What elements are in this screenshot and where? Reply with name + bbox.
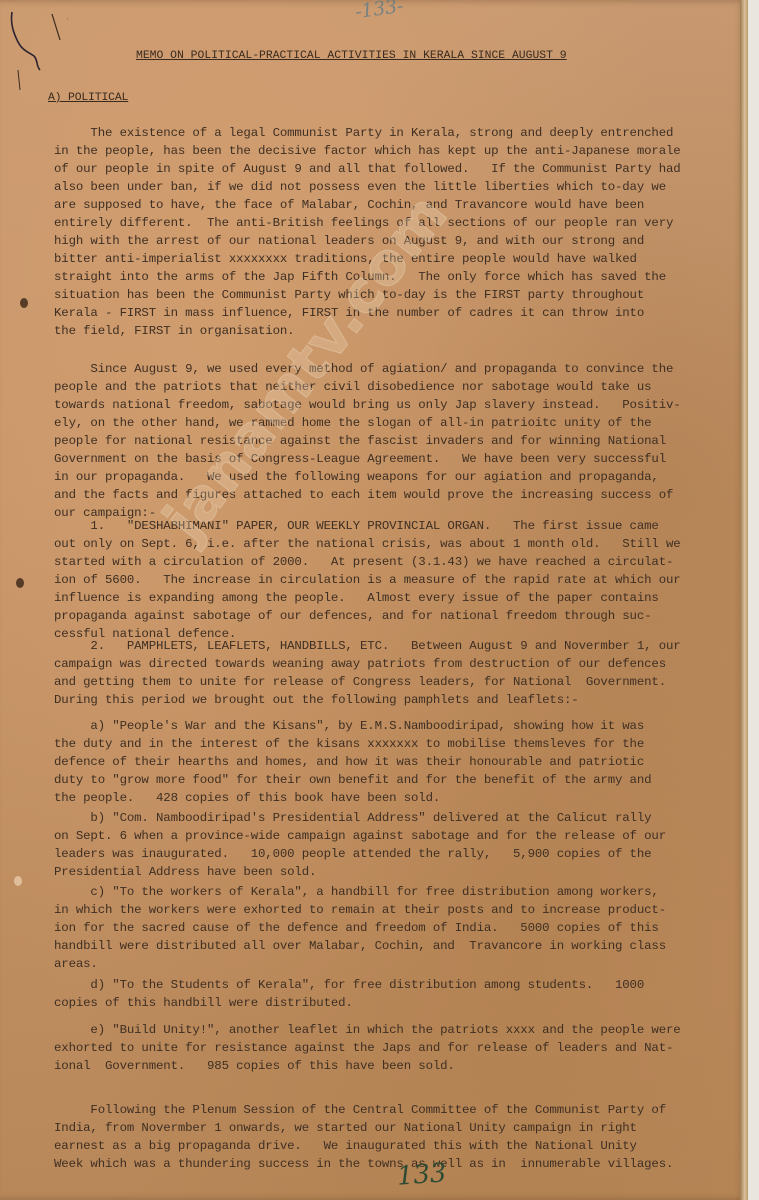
text-line: 2. PAMPHLETS, LEAFLETS, HANDBILLS, ETC. … [54,637,744,655]
text-line: are supposed to have, the face of Malaba… [54,196,744,214]
text-line: situation has been the Communist Party w… [54,286,744,304]
text-line: 1. "DESHABHIMANI" PAPER, OUR WEEKLY PROV… [54,517,744,535]
text-line: duty to "grow more food" for their own b… [54,771,744,789]
text-line: the duty and in the interest of the kisa… [54,735,744,753]
text-line: e) "Build Unity!", another leaflet in wh… [54,1021,744,1039]
text-line: Following the Plenum Session of the Cent… [54,1101,744,1119]
text-line: and getting them to unite for release of… [54,673,744,691]
folio-mark: -133- [354,0,405,23]
handwritten-page-number: 133 [396,1158,447,1191]
paragraph: 2. PAMPHLETS, LEAFLETS, HANDBILLS, ETC. … [54,637,744,709]
text-line: areas. [54,955,744,973]
text-line: ely, on the other hand, we rammed home t… [54,414,744,432]
text-line: influence is expanding among the people.… [54,589,744,607]
text-line: people and the patriots that neither civ… [54,378,744,396]
text-line: in which the workers were exhorted to re… [54,901,744,919]
text-line: Presidential Address have been sold. [54,863,744,881]
text-line: campaign was directed towards weaning aw… [54,655,744,673]
text-line: in the people, has been the decisive fac… [54,142,744,160]
text-line: Kerala - FIRST in mass influence, FIRST … [54,304,744,322]
text-line: d) "To the Students of Kerala", for free… [54,976,744,994]
text-line: ional Government. 985 copies of this hav… [54,1057,744,1075]
paragraph: Since August 9, we used every method of … [54,360,744,522]
text-line: entirely different. The anti-British fee… [54,214,744,232]
text-line: c) "To the workers of Kerala", a handbil… [54,883,744,901]
text-line: Since August 9, we used every method of … [54,360,744,378]
text-line: the field, FIRST in organisation. [54,322,744,340]
section-heading: A) POLITICAL [48,92,128,104]
text-line: towards national freedom, sabotage would… [54,396,744,414]
text-line: The existence of a legal Communist Party… [54,124,744,142]
text-line: a) "People's War and the Kisans", by E.M… [54,717,744,735]
paragraph: a) "People's War and the Kisans", by E.M… [54,717,744,807]
section-label: A) POLITICAL [48,92,128,104]
text-line: bitter anti-imperialist xxxxxxxx traditi… [54,250,744,268]
document-title: MEMO ON POLITICAL-PRACTICAL ACTIVITIES I… [136,50,567,62]
text-line: and the facts and figures attached to ea… [54,486,744,504]
text-line: defence of their hearths and homes, and … [54,753,744,771]
text-line: ion for the sacred cause of the defence … [54,919,744,937]
paragraph: d) "To the Students of Kerala", for free… [54,976,744,1012]
text-line: the people. 428 copies of this book have… [54,789,744,807]
text-line: exhorted to unite for resistance against… [54,1039,744,1057]
text-line: earnest as a big propaganda drive. We in… [54,1137,744,1155]
text-line: ion of 5600. The increase in circulation… [54,571,744,589]
text-line: people for national resistance against t… [54,432,744,450]
paragraph: c) "To the workers of Kerala", a handbil… [54,883,744,973]
text-line: of our people in spite of August 9 and a… [54,160,744,178]
text-line: started with a circulation of 2000. At p… [54,553,744,571]
text-line: straight into the arms of the Jap Fifth … [54,268,744,286]
text-line: b) "Com. Namboodiripad's Presidential Ad… [54,809,744,827]
text-line: Government on the basis of Congress-Leag… [54,450,744,468]
text-line: on Sept. 6 when a province-wide campaign… [54,827,744,845]
text-line: handbill were distributed all over Malab… [54,937,744,955]
typed-document: -133- MEMO ON POLITICAL-PRACTICAL ACTIVI… [0,0,748,1200]
paragraph: 1. "DESHABHIMANI" PAPER, OUR WEEKLY PROV… [54,517,744,643]
text-line: in our propaganda. We used the following… [54,468,744,486]
text-line: high with the arrest of our national lea… [54,232,744,250]
text-line: copies of this handbill were distributed… [54,994,744,1012]
text-line: India, from Novermber 1 onwards, we star… [54,1119,744,1137]
paragraph: b) "Com. Namboodiripad's Presidential Ad… [54,809,744,881]
paragraph: e) "Build Unity!", another leaflet in wh… [54,1021,744,1075]
text-line: also been under ban, if we did not posse… [54,178,744,196]
text-line: propaganda against sabotage of our defen… [54,607,744,625]
text-line: During this period we brought out the fo… [54,691,744,709]
text-line: leaders was inaugurated. 10,000 people a… [54,845,744,863]
text-line: out only on Sept. 6, i.e. after the nati… [54,535,744,553]
paragraph: The existence of a legal Communist Party… [54,124,744,340]
